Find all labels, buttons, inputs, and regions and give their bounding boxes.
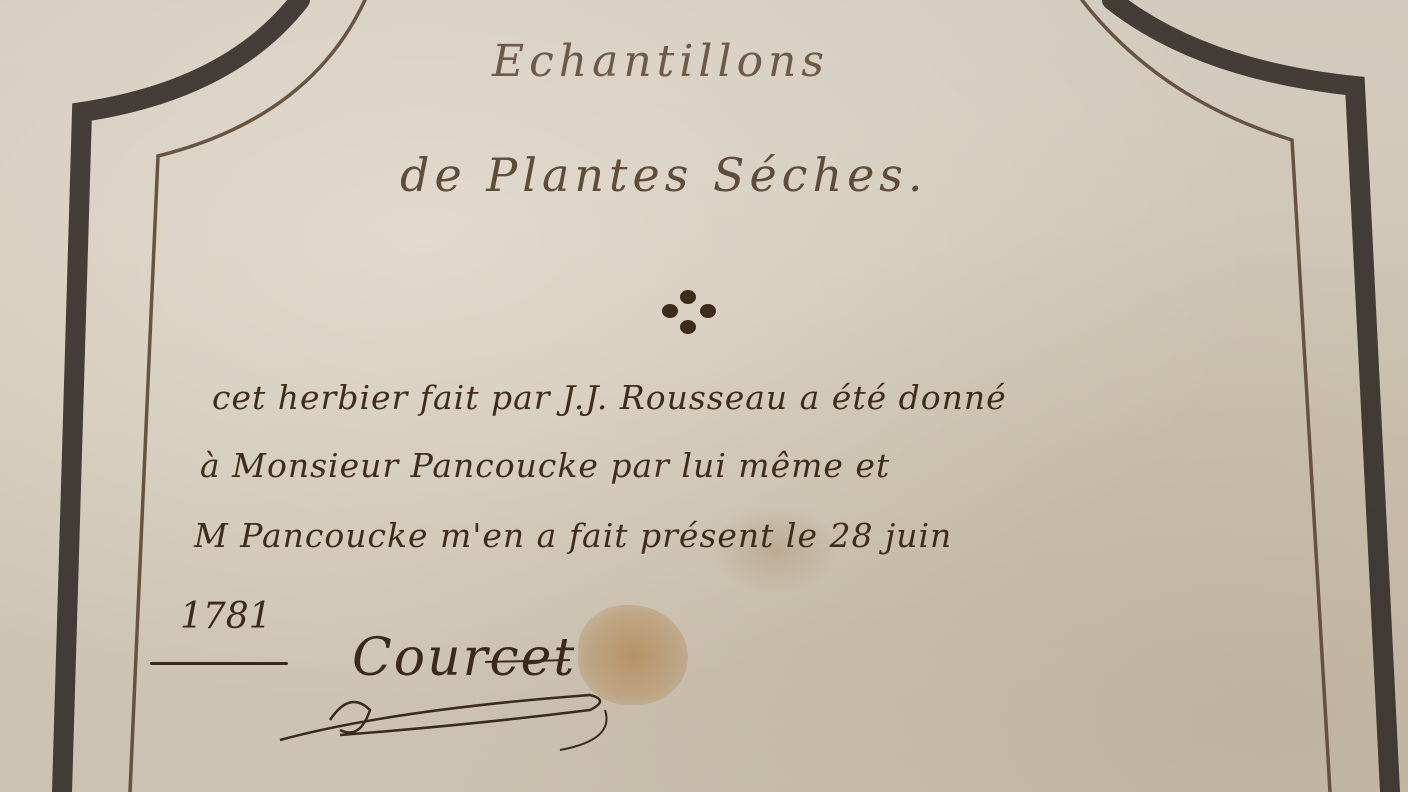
quatrefoil-ornament-icon	[660, 290, 720, 338]
ornament-dot	[700, 304, 716, 318]
heading-line-1: Echantillons	[492, 36, 829, 87]
heading-line-2: de Plantes Séches.	[400, 148, 928, 202]
signature-flourish-icon	[270, 640, 630, 760]
ornament-dot	[680, 290, 696, 304]
ornament-dot	[680, 320, 696, 334]
year: 1781	[180, 596, 272, 637]
ornament-dot	[662, 304, 678, 318]
year-underline	[150, 662, 288, 665]
body-line-1: cet herbier fait par J.J. Rousseau a été…	[212, 378, 1007, 417]
body-line-3: M Pancoucke m'en a fait présent le 28 ju…	[194, 516, 952, 555]
body-line-2: à Monsieur Pancoucke par lui même et	[200, 446, 890, 485]
